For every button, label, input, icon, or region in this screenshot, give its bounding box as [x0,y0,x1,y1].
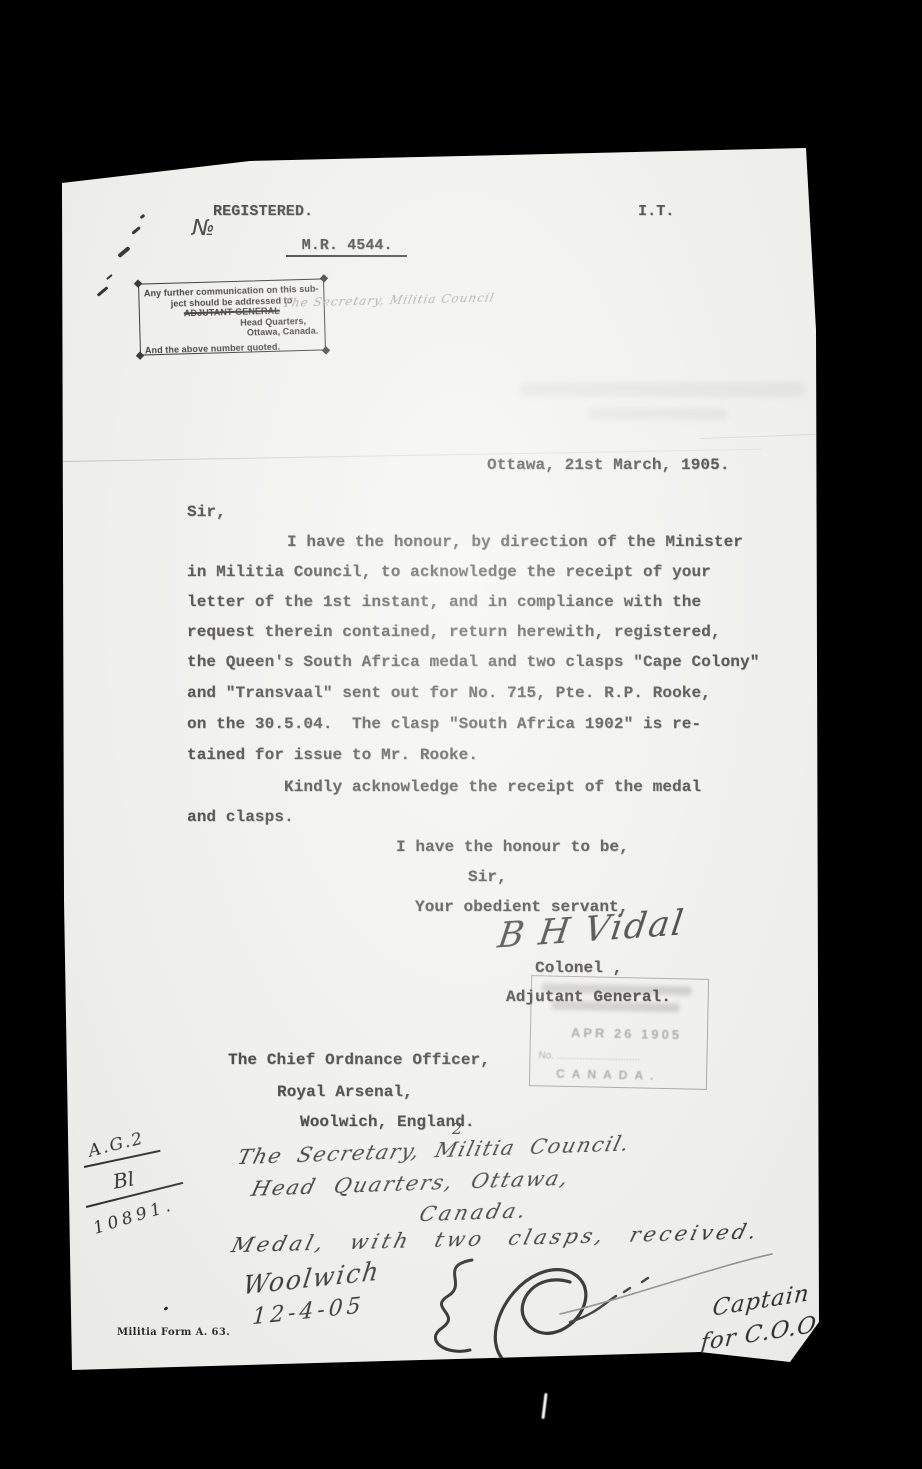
signature-rank: Colonel , [535,959,622,977]
signature-title: Adjutant General. [506,988,671,1006]
ink-mark [131,226,140,234]
body-line: letter of the 1st instant, and in compli… [187,593,701,611]
recipient-line: Woolwich, England. [300,1113,475,1131]
stamp-corner-ornament [134,279,142,287]
annotation-line: Head Quarters, Ottawa, [249,1165,572,1200]
ghost-stamp [520,382,805,397]
annotation-superscript: 2 [452,1119,462,1138]
received-stamp-date: APR 26 1905 [571,1025,682,1042]
body-line: and "Transvaal" sent out for No. 715, Pt… [187,684,711,702]
body-line: tained for issue to Mr. Rooke. [187,746,478,764]
body-line: Kindly acknowledge the receipt of the me… [284,778,701,796]
ink-mark [117,246,130,258]
body-line: I have the honour, by direction of the M… [287,533,743,551]
letter-page: REGISTERED. № M.R. 4544. I.T. Any furthe… [0,0,922,1469]
file-ref-mid: Bl [111,1166,136,1193]
scan-viewport: REGISTERED. № M.R. 4544. I.T. Any furthe… [0,0,922,1469]
ink-dot [164,1306,169,1311]
ink-mark [106,274,113,280]
received-stamp-country: CANADA. [556,1067,661,1083]
closing-honour: I have the honour to be, [396,838,629,856]
stamp-line: And the above number quoted. [141,340,325,356]
received-stamp-no-line: No. .............................. [538,1050,640,1063]
recipient-line: The Chief Ordnance Officer, [228,1051,490,1069]
stamp-corner-ornament [320,274,328,282]
annotation-date: 12-4-05 [251,1293,365,1330]
closing-sir: Sir, [468,868,507,886]
paper-crease-right [700,434,818,439]
corner-mark: I.T. [638,203,674,220]
no-symbol: № [192,216,215,241]
body-line: in Militia Council, to acknowledge the r… [187,563,711,581]
body-line: on the 30.5.04. The clasp "South Africa … [187,715,701,733]
file-number: M.R. 4544. [231,220,407,271]
ink-mark [140,214,146,220]
annotation-line: Canada. [417,1198,531,1226]
annotation-line: The Secretary, Militia Council. [235,1131,633,1169]
paper-sliver [541,1393,547,1419]
ghost-stamp [588,408,728,420]
ink-mark [97,286,109,296]
address-stamp-box: Any further communication on this sub- j… [138,278,326,355]
recipient-line: Royal Arsenal, [277,1083,413,1101]
body-line: request therein contained, return herewi… [187,623,721,641]
dateline: Ottawa, 21st March, 1905. [487,456,730,474]
file-number-text: M.R. 4544. [286,237,407,257]
registered-label: REGISTERED. [213,203,313,220]
file-ref-top: A.G.2 [86,1128,146,1161]
salutation: Sir, [187,503,226,521]
form-footer: Militia Form A. 63. [117,1327,230,1338]
body-line: the Queen's South Africa medal and two c… [187,653,759,671]
body-line: and clasps. [187,808,294,826]
